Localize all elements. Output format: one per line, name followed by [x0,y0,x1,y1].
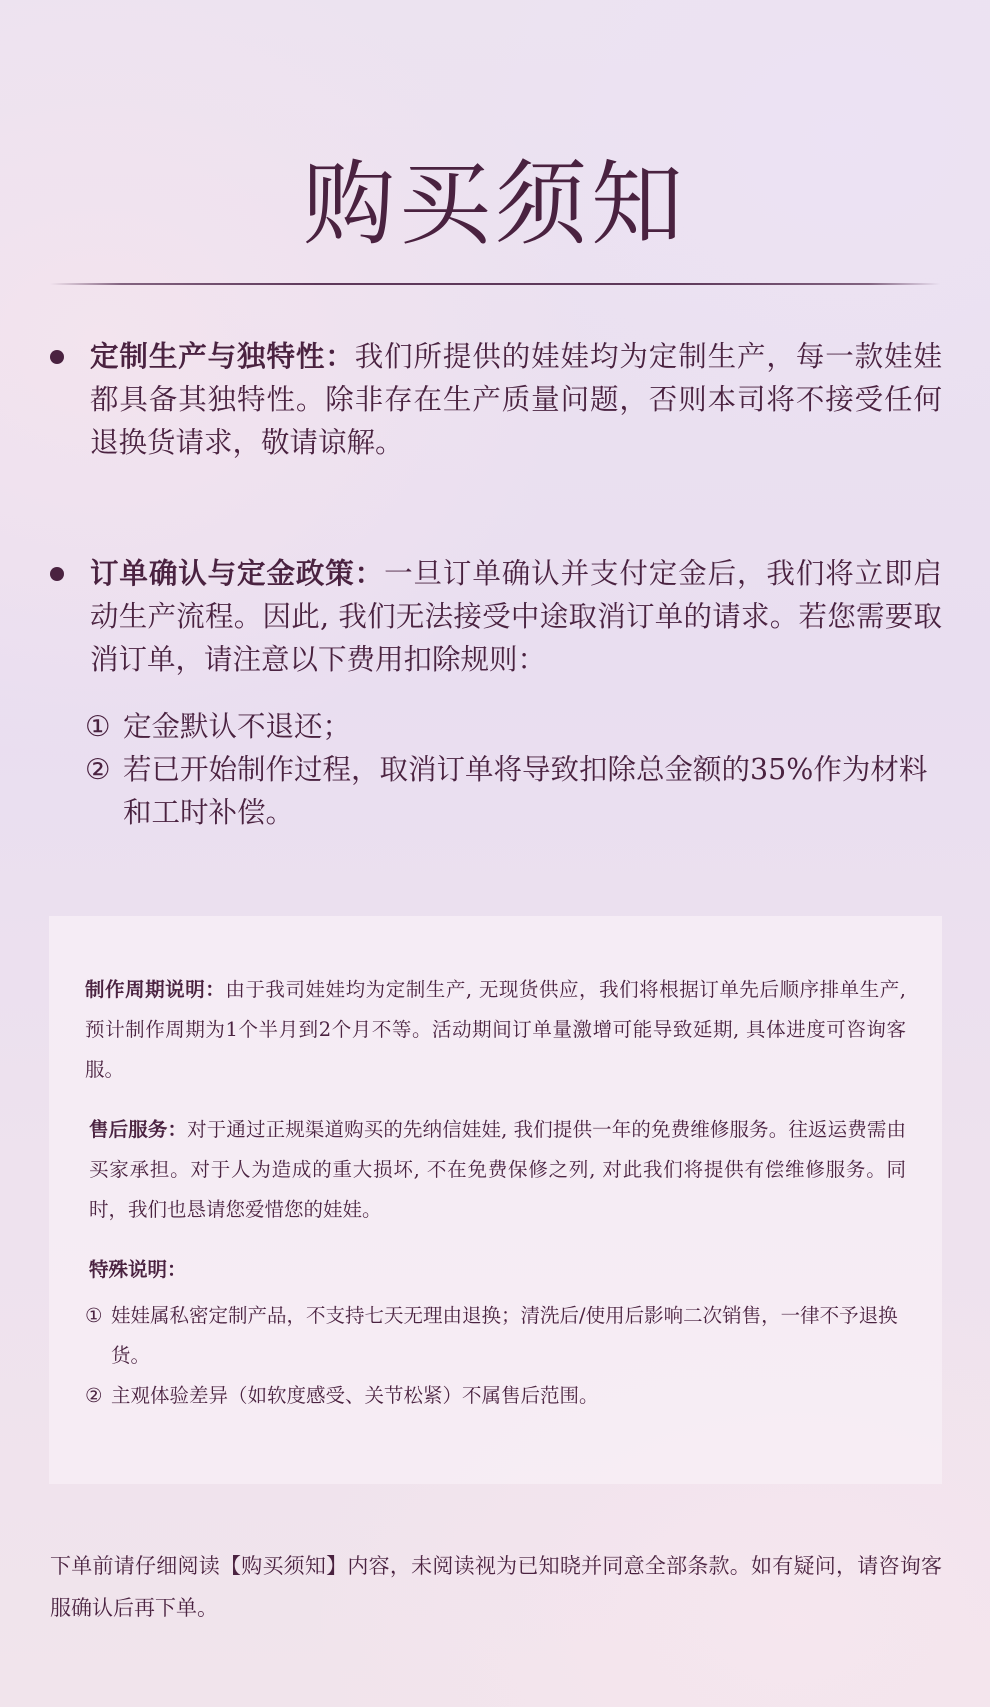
rule-text: 若已开始制作过程，取消订单将导致扣除总金额的35%作为材料和工时补偿。 [123,753,927,829]
bullet-item: 定制生产与独特性：我们所提供的娃娃均为定制生产，每一款娃娃都具备其独特性。除非存… [50,335,942,464]
after-sales-body: 对于通过正规渠道购买的先纳信娃娃, 我们提供一年的免费维修服务。往返运费需由买家… [89,1118,906,1221]
after-sales-paragraph: 售后服务：对于通过正规渠道购买的先纳信娃娃, 我们提供一年的免费维修服务。往返运… [85,1110,906,1230]
special-note-item: ① 娃娃属私密定制产品，不支持七天无理由退换；清洗后/使用后影响二次销售，一律不… [85,1296,906,1376]
purchase-notice-page: 购买须知 定制生产与独特性：我们所提供的娃娃均为定制生产，每一款娃娃都具备其独特… [0,0,990,1707]
circled-number-2: ② [85,1376,102,1416]
section-order-deposit: 订单确认与定金政策：一旦订单确认并支付定金后，我们将立即启动生产流程。因此, 我… [50,552,942,834]
production-cycle-paragraph: 制作周期说明：由于我司娃娃均为定制生产, 无现货供应，我们将根据订单先后顺序排单… [85,970,906,1090]
special-notes-heading: 特殊说明： [85,1250,906,1290]
circled-number-1: ① [85,705,111,748]
special-note-text: 娃娃属私密定制产品，不支持七天无理由退换；清洗后/使用后影响二次销售，一律不予退… [111,1304,898,1367]
rule-item: ② 若已开始制作过程，取消订单将导致扣除总金额的35%作为材料和工时补偿。 [85,748,942,834]
deduction-rules-list: ① 定金默认不退还； ② 若已开始制作过程，取消订单将导致扣除总金额的35%作为… [50,705,942,834]
title-divider [50,283,940,285]
special-note-text: 主观体验差异（如软度感受、关节松紧）不属售后范围。 [111,1384,599,1407]
page-title: 购买须知 [0,150,990,260]
circled-number-2: ② [85,748,111,791]
after-sales-heading: 售后服务： [89,1118,187,1141]
production-cycle-heading: 制作周期说明： [85,978,225,1001]
bullet-item: 订单确认与定金政策：一旦订单确认并支付定金后，我们将立即启动生产流程。因此, 我… [50,552,942,681]
special-note-item: ② 主观体验差异（如软度感受、关节松紧）不属售后范围。 [85,1376,906,1416]
footer-note: 下单前请仔细阅读【购买须知】内容，未阅读视为已知晓并同意全部条款。如有疑问，请咨… [50,1545,942,1629]
section-heading: 定制生产与独特性： [90,339,355,373]
circled-number-1: ① [85,1296,102,1336]
bullet-dot-icon [50,567,64,581]
bullet-dot-icon [50,350,64,364]
rule-text: 定金默认不退还； [123,710,351,743]
rule-item: ① 定金默认不退还； [85,705,942,748]
section-heading: 订单确认与定金政策： [90,556,384,590]
notice-box: 制作周期说明：由于我司娃娃均为定制生产, 无现货供应，我们将根据订单先后顺序排单… [49,916,942,1484]
section-custom-production: 定制生产与独特性：我们所提供的娃娃均为定制生产，每一款娃娃都具备其独特性。除非存… [50,335,942,464]
